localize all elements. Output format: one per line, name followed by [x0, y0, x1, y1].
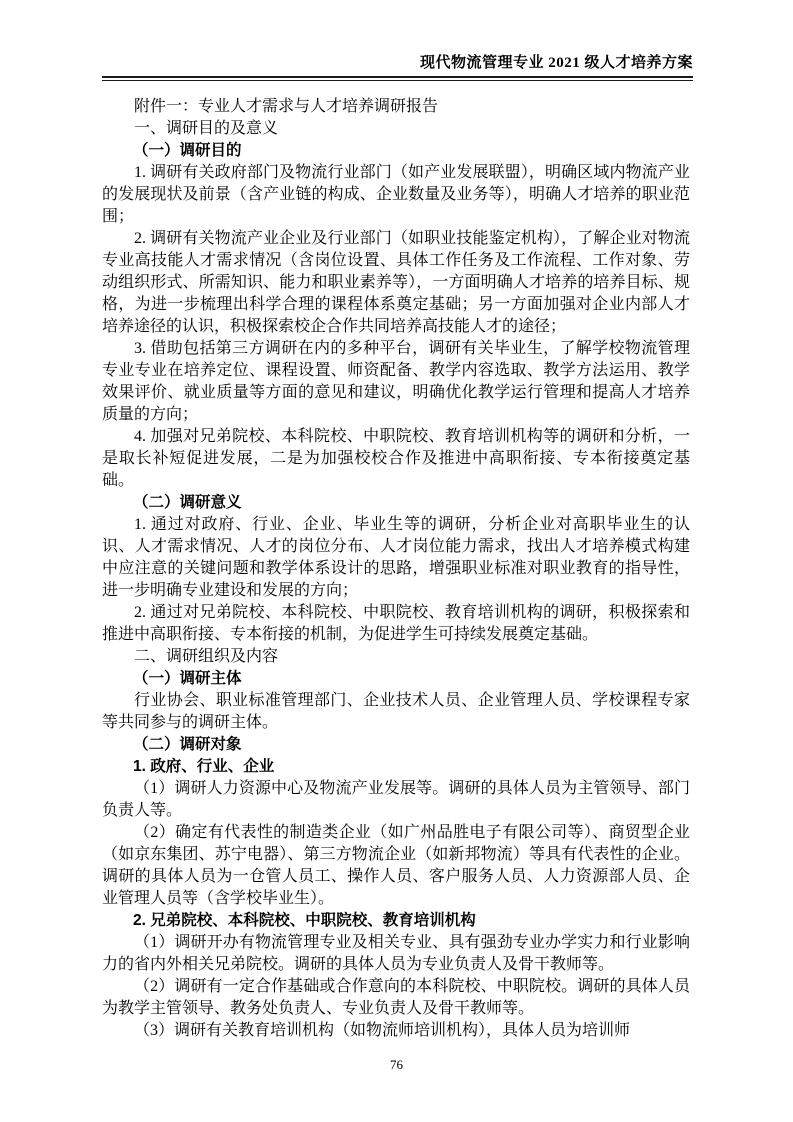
paragraph: （2）调研有一定合作基础或合作意向的本科院校、中职院校。调研的具体人员为教学主管…	[102, 976, 690, 1020]
document-body: 附件一：专业人才需求与人才培养调研报告一、调研目的及意义（一）调研目的1. 调研…	[102, 96, 690, 1042]
paragraph: 2. 调研有关物流产业企业及行业部门（如职业技能鉴定机构），了解企业对物流专业高…	[102, 228, 690, 338]
page-number: 76	[390, 1057, 403, 1072]
paragraph: （2）确定有代表性的制造类企业（如广州品胜电子有限公司等）、商贸型企业（如京东集…	[102, 822, 690, 910]
header-title: 现代物流管理专业 2021 级人才培养方案	[102, 54, 693, 73]
paragraph: 4. 加强对兄弟院校、本科院校、中职院校、教育培训机构等的调研和分析，一是取长补…	[102, 426, 690, 492]
paragraph: 3. 借助包括第三方调研在内的多种平台，调研有关毕业生，了解学校物流管理专业专业…	[102, 338, 690, 426]
paragraph: 1. 通过对政府、行业、企业、毕业生等的调研，分析企业对高职毕业生的认识、人才需…	[102, 514, 690, 602]
document-page: 现代物流管理专业 2021 级人才培养方案 附件一：专业人才需求与人才培养调研报…	[0, 0, 793, 1122]
page-header: 现代物流管理专业 2021 级人才培养方案	[102, 54, 693, 81]
section-heading: （一）调研目的	[102, 140, 690, 162]
paragraph: 一、调研目的及意义	[102, 118, 690, 140]
section-heading: 1. 政府、行业、企业	[102, 756, 690, 778]
paragraph: 1. 调研有关政府部门及物流行业部门（如产业发展联盟），明确区域内物流产业的发展…	[102, 162, 690, 228]
paragraph: （1）调研人力资源中心及物流产业发展等。调研的具体人员为主管领导、部门负责人等。	[102, 778, 690, 822]
paragraph: （1）调研开办有物流管理专业及相关专业、具有强劲专业办学实力和行业影响力的省内外…	[102, 932, 690, 976]
paragraph: 行业协会、职业标准管理部门、企业技术人员、企业管理人员、学校课程专家等共同参与的…	[102, 690, 690, 734]
section-heading: （二）调研对象	[102, 734, 690, 756]
section-heading: 2. 兄弟院校、本科院校、中职院校、教育培训机构	[102, 910, 690, 932]
paragraph: 二、调研组织及内容	[102, 646, 690, 668]
section-heading: （一）调研主体	[102, 668, 690, 690]
paragraph: （3）调研有关教育培训机构（如物流师培训机构），具体人员为培训师	[102, 1020, 690, 1042]
paragraph: 2. 通过对兄弟院校、本科院校、中职院校、教育培训机构的调研，积极探索和推进中高…	[102, 602, 690, 646]
paragraph: 附件一：专业人才需求与人才培养调研报告	[102, 96, 690, 118]
header-divider	[102, 76, 693, 81]
page-footer: 76	[0, 1057, 793, 1073]
section-heading: （二）调研意义	[102, 492, 690, 514]
